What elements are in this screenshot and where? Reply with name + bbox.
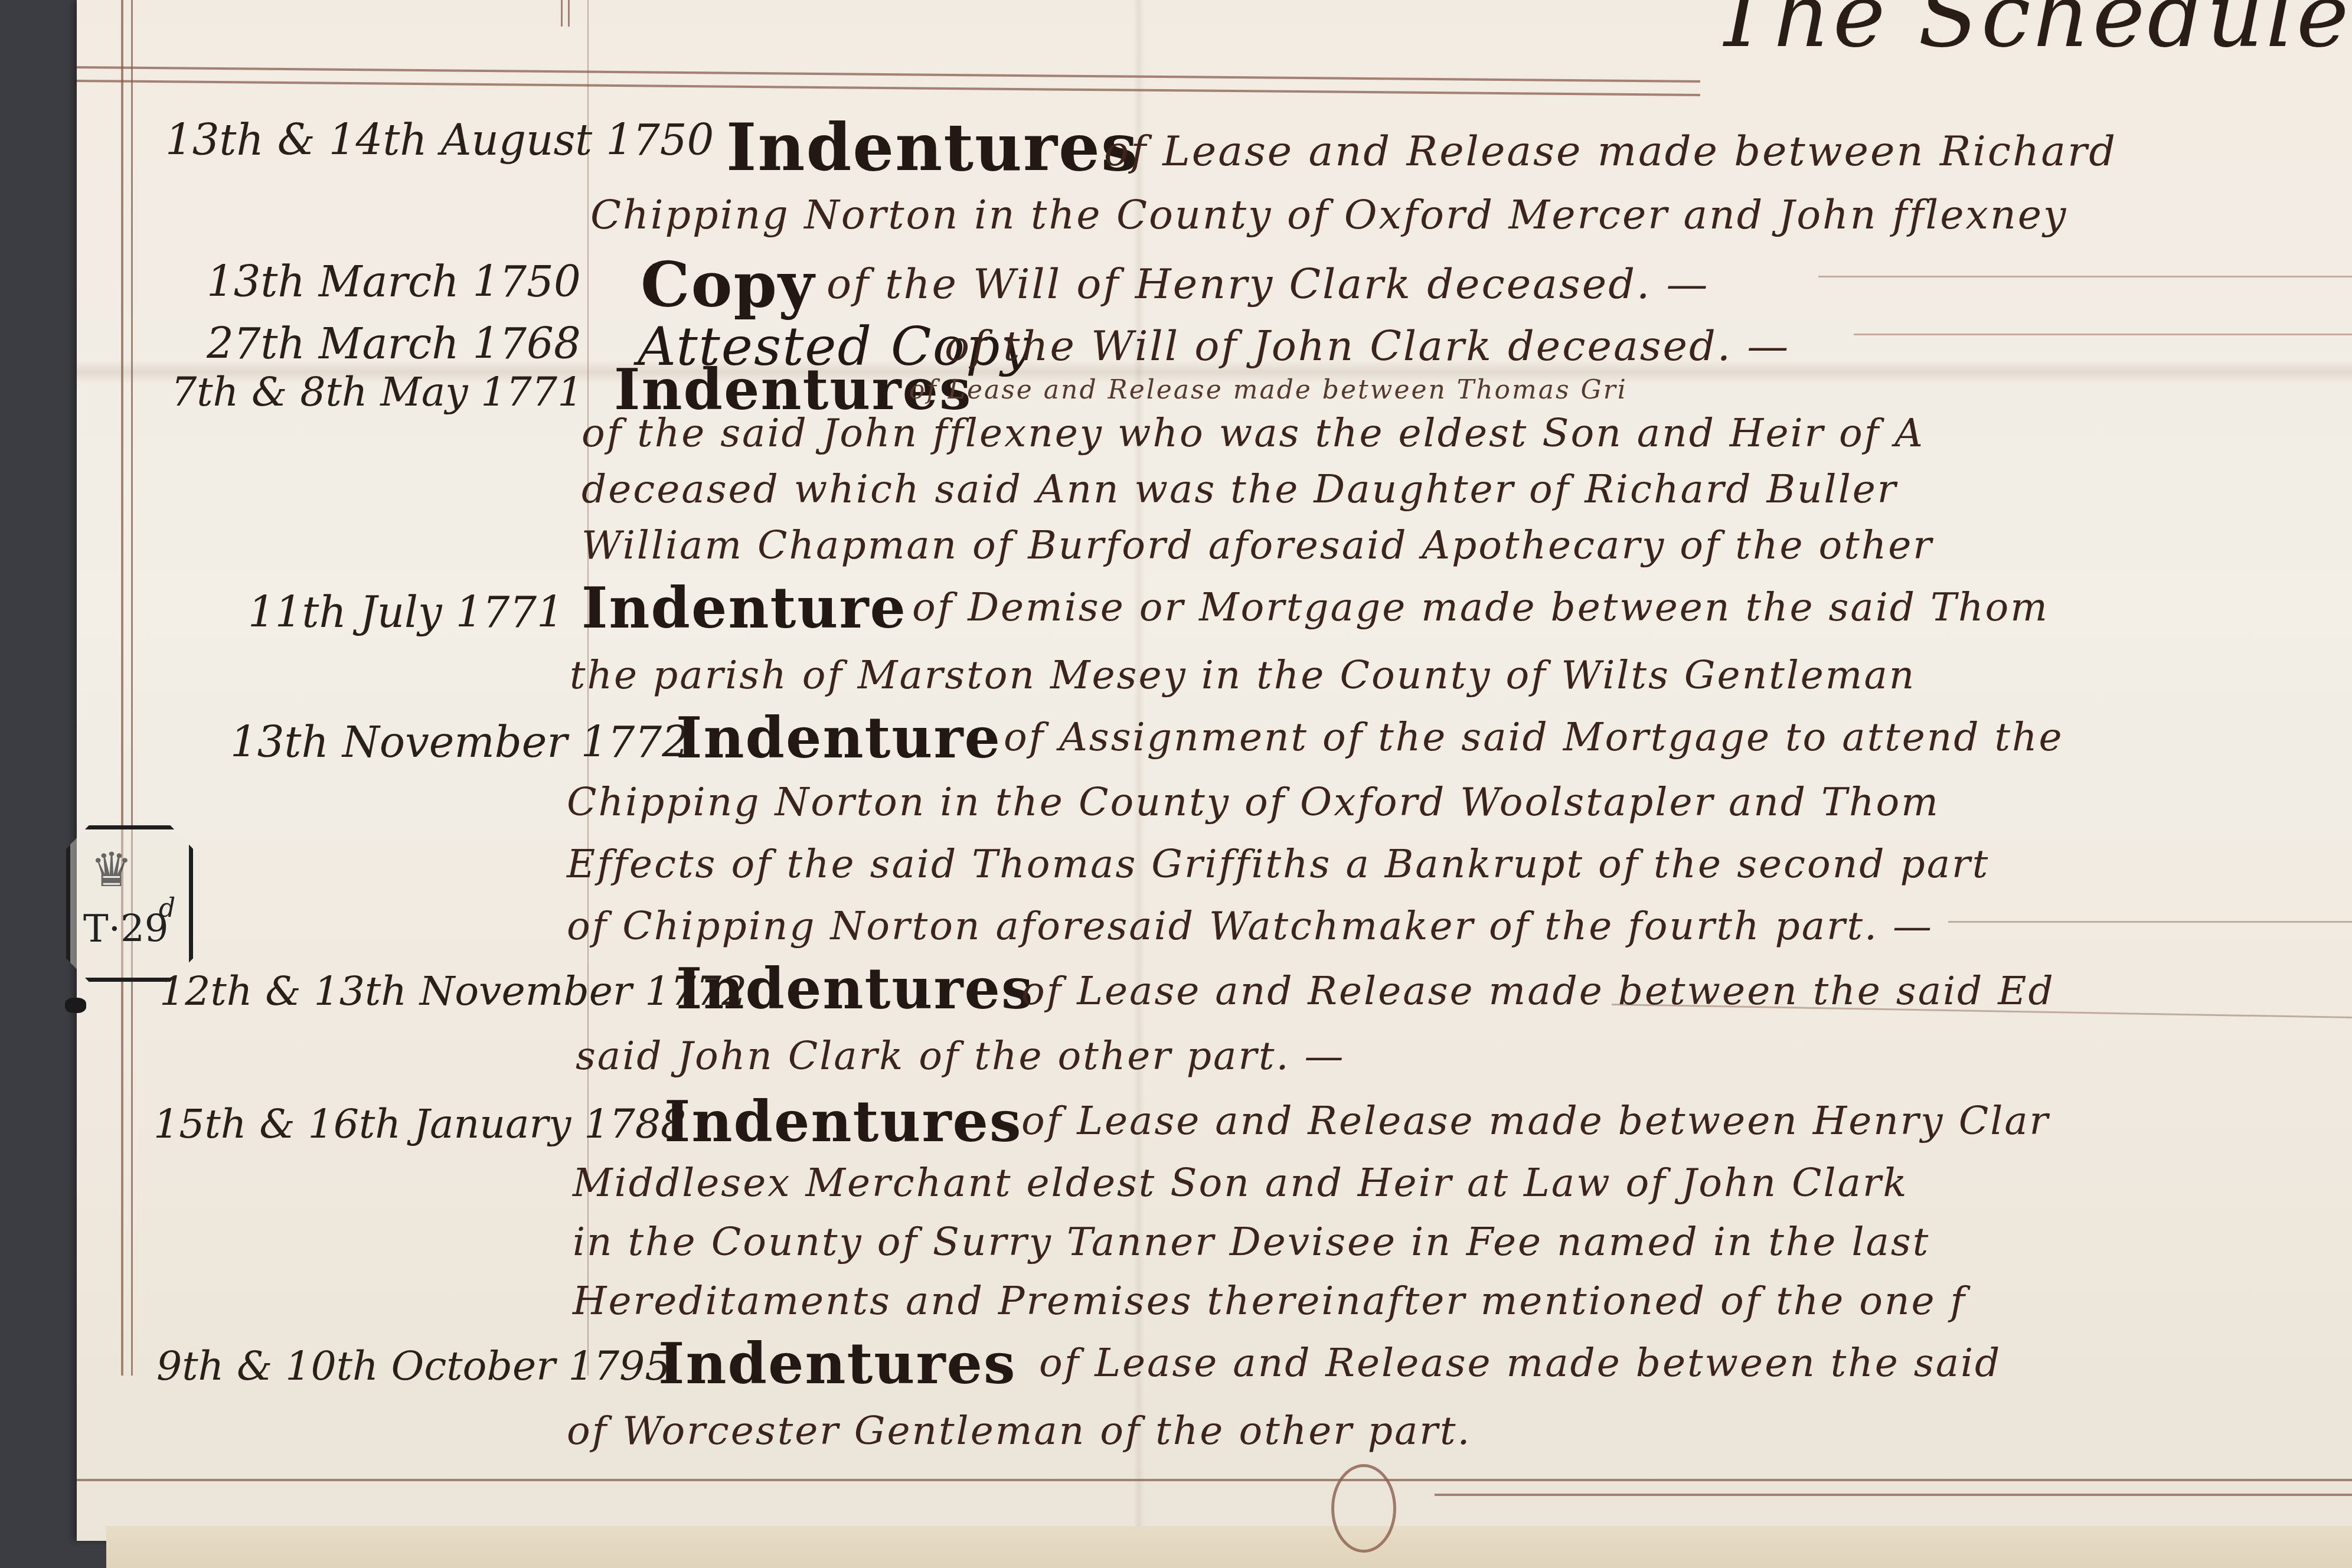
entry-title: Indenture (582, 576, 907, 641)
entry-line: of Assignment of the said Mortgage to at… (1004, 714, 2064, 760)
header-cell-rule-b (568, 0, 570, 27)
entry-line: of Lease and Release made between the sa… (1021, 968, 2055, 1014)
entry-date: 13th November 1772 (230, 717, 689, 767)
entry-line: of Lease and Release made between the sa… (1039, 1340, 2001, 1386)
entry-line: said John Clark of the other part. — (576, 1033, 1345, 1079)
line-filler-rule-2 (1854, 334, 2352, 335)
entry-line: in the County of Surry Tanner Devisee in… (573, 1219, 1930, 1265)
entry-line: the parish of Marston Mesey in the Count… (570, 652, 1916, 698)
entry-date: 13th & 14th August 1750 (165, 115, 714, 165)
entry-title: Indentures (676, 956, 1034, 1022)
entry-title: Indentures (726, 109, 1139, 185)
margin-rule-left-outer (121, 0, 123, 1376)
entry-title: Copy (641, 248, 815, 321)
duty-stamp: ♛ T·29 d (66, 825, 193, 982)
entry-line: Middlesex Merchant eldest Son and Heir a… (573, 1160, 1908, 1206)
entry-line: William Chapman of Burford aforesaid Apo… (582, 522, 1933, 568)
document-heading: The Schedule to wh (1712, 0, 2352, 67)
entry-title: Indentures (664, 1089, 1022, 1155)
crown-icon: ♛ (90, 842, 133, 897)
entry-date: 15th & 16th January 1788 (153, 1101, 686, 1148)
underlying-sheet-edge (106, 1526, 2352, 1568)
closing-flourish (1331, 1464, 1396, 1553)
entry-date: 9th & 10th October 1795 (156, 1343, 670, 1390)
line-filler-rule-1 (1818, 276, 2352, 277)
entry-line: of the Will of Henry Clark deceased. — (827, 260, 1710, 308)
entry-line: of Worcester Gentleman of the other part… (567, 1408, 1471, 1453)
entry-line: of Chipping Norton aforesaid Watchmaker … (567, 903, 1933, 949)
entry-date: 11th July 1771 (248, 587, 564, 637)
stamp-label: T·29 (83, 907, 168, 951)
margin-rule-left-inner (131, 0, 133, 1376)
entry-line: of the Will of John Clark deceased. — (945, 322, 1790, 370)
entry-line: of Lease and Release made between Richar… (1104, 127, 2117, 175)
entry-date: 13th March 1750 (207, 257, 581, 306)
entry-line: of Lease and Release made between Henry … (1021, 1098, 2050, 1144)
line-filler-rule-3 (1948, 921, 2352, 923)
entry-line: of the said John fflexney who was the el… (582, 410, 1925, 456)
entry-line: Chipping Norton in the County of Oxford … (590, 192, 2067, 239)
entry-line: of Demise or Mortgage made between the s… (912, 584, 2049, 630)
entry-date: 7th & 8th May 1771 (171, 369, 583, 416)
entry-line: Chipping Norton in the County of Oxford … (567, 779, 1940, 825)
entry-line: Hereditaments and Premises thereinafter … (573, 1278, 1966, 1324)
footer-rule-top (77, 1479, 2352, 1481)
ink-blot (65, 998, 86, 1013)
entry-line: deceased which said Ann was the Daughter… (582, 466, 1897, 512)
entry-title: Indentures (658, 1331, 1016, 1397)
entry-line: Effects of the said Thomas Griffiths a B… (567, 841, 1990, 887)
entry-title: Indenture (676, 705, 1001, 771)
header-cell-rule-a (561, 0, 563, 27)
entry-date: 12th & 13th November 1772 (159, 968, 747, 1015)
footer-rule-bottom (1435, 1494, 2352, 1496)
stamp-denomination: d (159, 893, 175, 923)
entry-date: 27th March 1768 (207, 319, 581, 368)
entry-line: of Lease and Release made between Thomas… (909, 375, 1628, 405)
